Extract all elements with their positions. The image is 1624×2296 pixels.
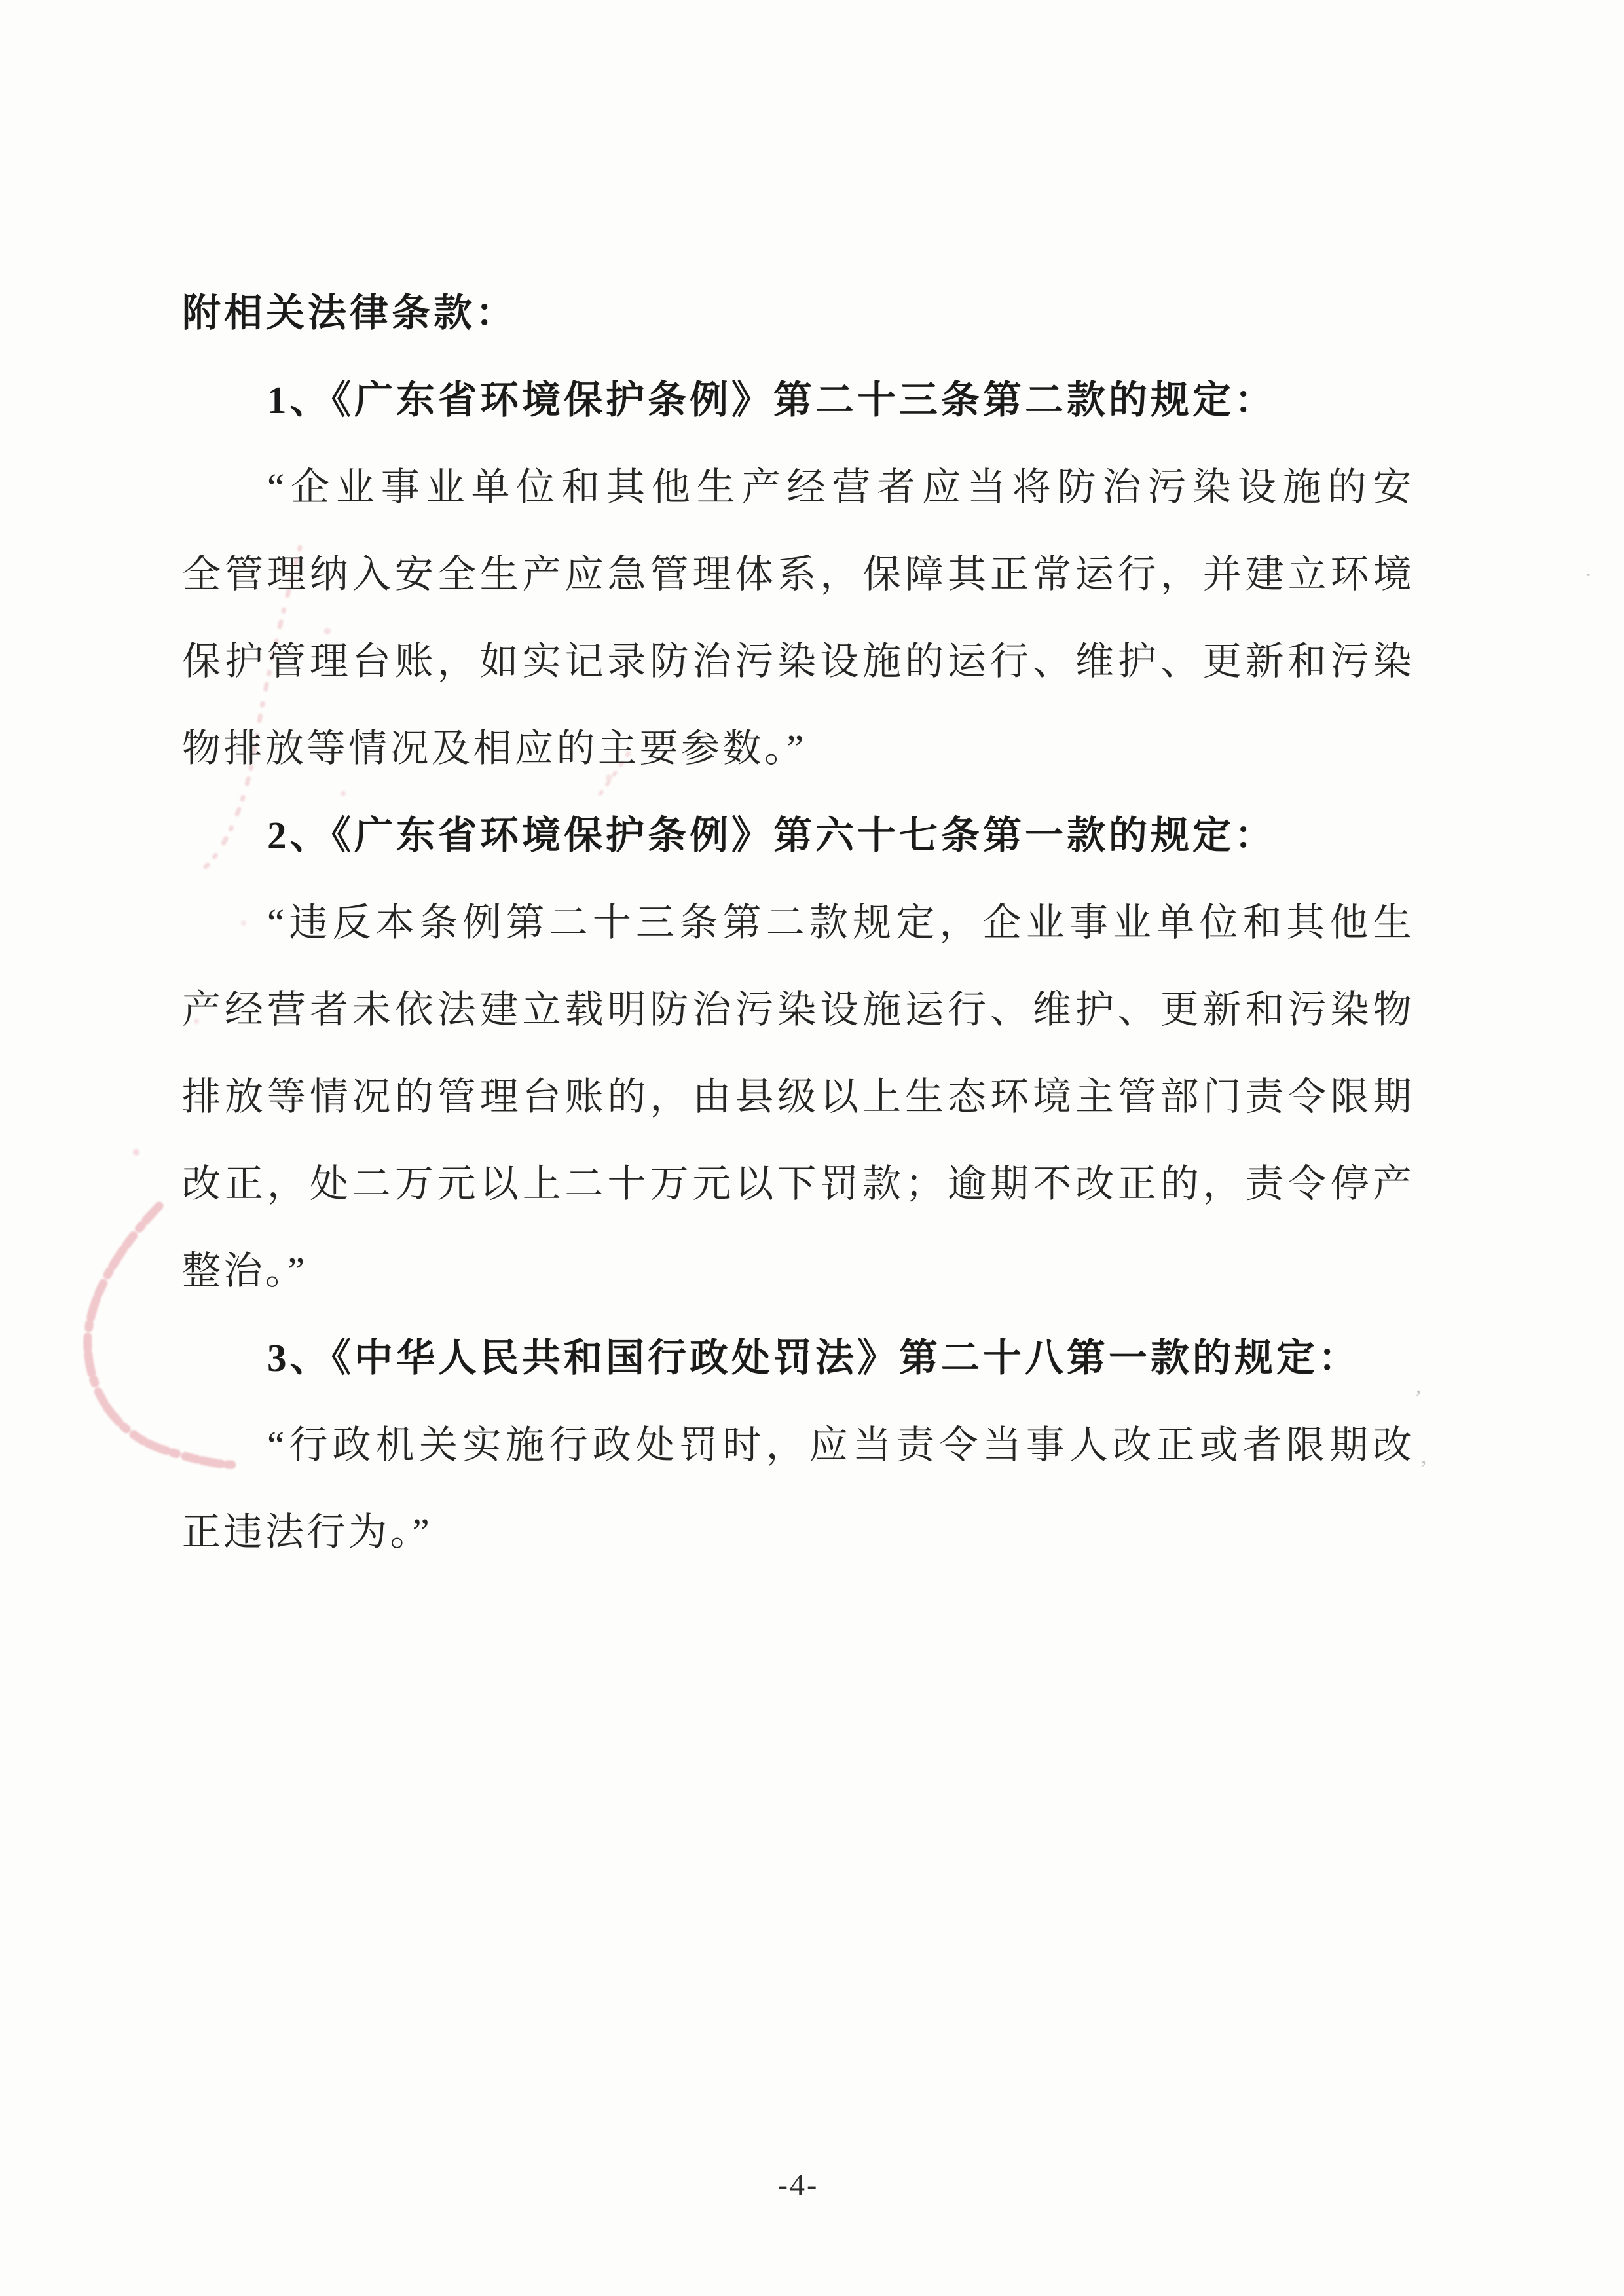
section-2-line-3: 排放等情况的管理台账的，由县级以上生态环境主管部门责令限期: [182, 1053, 1414, 1140]
section-3-line-2: 正违法行为。”: [182, 1489, 1414, 1576]
section-1-line-1: “企业事业单位和其他生产经营者应当将防治污染设施的安: [182, 444, 1414, 531]
section-2-line-1: “违反本条例第二十三条第二款规定，企业事业单位和其他生: [182, 879, 1414, 966]
section-2-line-5: 整治。”: [182, 1228, 1414, 1315]
intro-heading: 附相关法律条款：: [182, 270, 1414, 357]
scan-artifact: ·: [1585, 564, 1592, 587]
section-2-heading: 2、《广东省环境保护条例》第六十七条第一款的规定：: [182, 792, 1414, 879]
section-3-heading: 3、《中华人民共和国行政处罚法》第二十八第一款的规定：: [182, 1315, 1414, 1402]
section-1-line-2: 全管理纳入安全生产应急管理体系，保障其正常运行，并建立环境: [182, 531, 1414, 618]
section-1-line-4: 物排放等情况及相应的主要参数。”: [182, 705, 1414, 792]
legal-provisions-text: 附相关法律条款： 1、《广东省环境保护条例》第二十三条第二款的规定： “企业事业…: [182, 270, 1414, 1576]
section-1-heading: 1、《广东省环境保护条例》第二十三条第二款的规定：: [182, 357, 1414, 444]
section-3-line-1: “行政机关实施行政处罚时，应当责令当事人改正或者限期改: [182, 1402, 1414, 1489]
section-1-line-3: 保护管理台账，如实记录防治污染设施的运行、维护、更新和污染: [182, 618, 1414, 705]
section-2-line-2: 产经营者未依法建立载明防治污染设施运行、维护、更新和污染物: [182, 966, 1414, 1053]
scan-artifact: ,: [1416, 1375, 1422, 1397]
section-2-line-4: 改正，处二万元以上二十万元以下罚款；逾期不改正的，责令停产: [182, 1140, 1414, 1228]
scan-artifact: ,: [1421, 1446, 1427, 1468]
page-number: -4-: [182, 2167, 1414, 2202]
scanned-document-page: 附相关法律条款： 1、《广东省环境保护条例》第二十三条第二款的规定： “企业事业…: [0, 0, 1624, 2296]
